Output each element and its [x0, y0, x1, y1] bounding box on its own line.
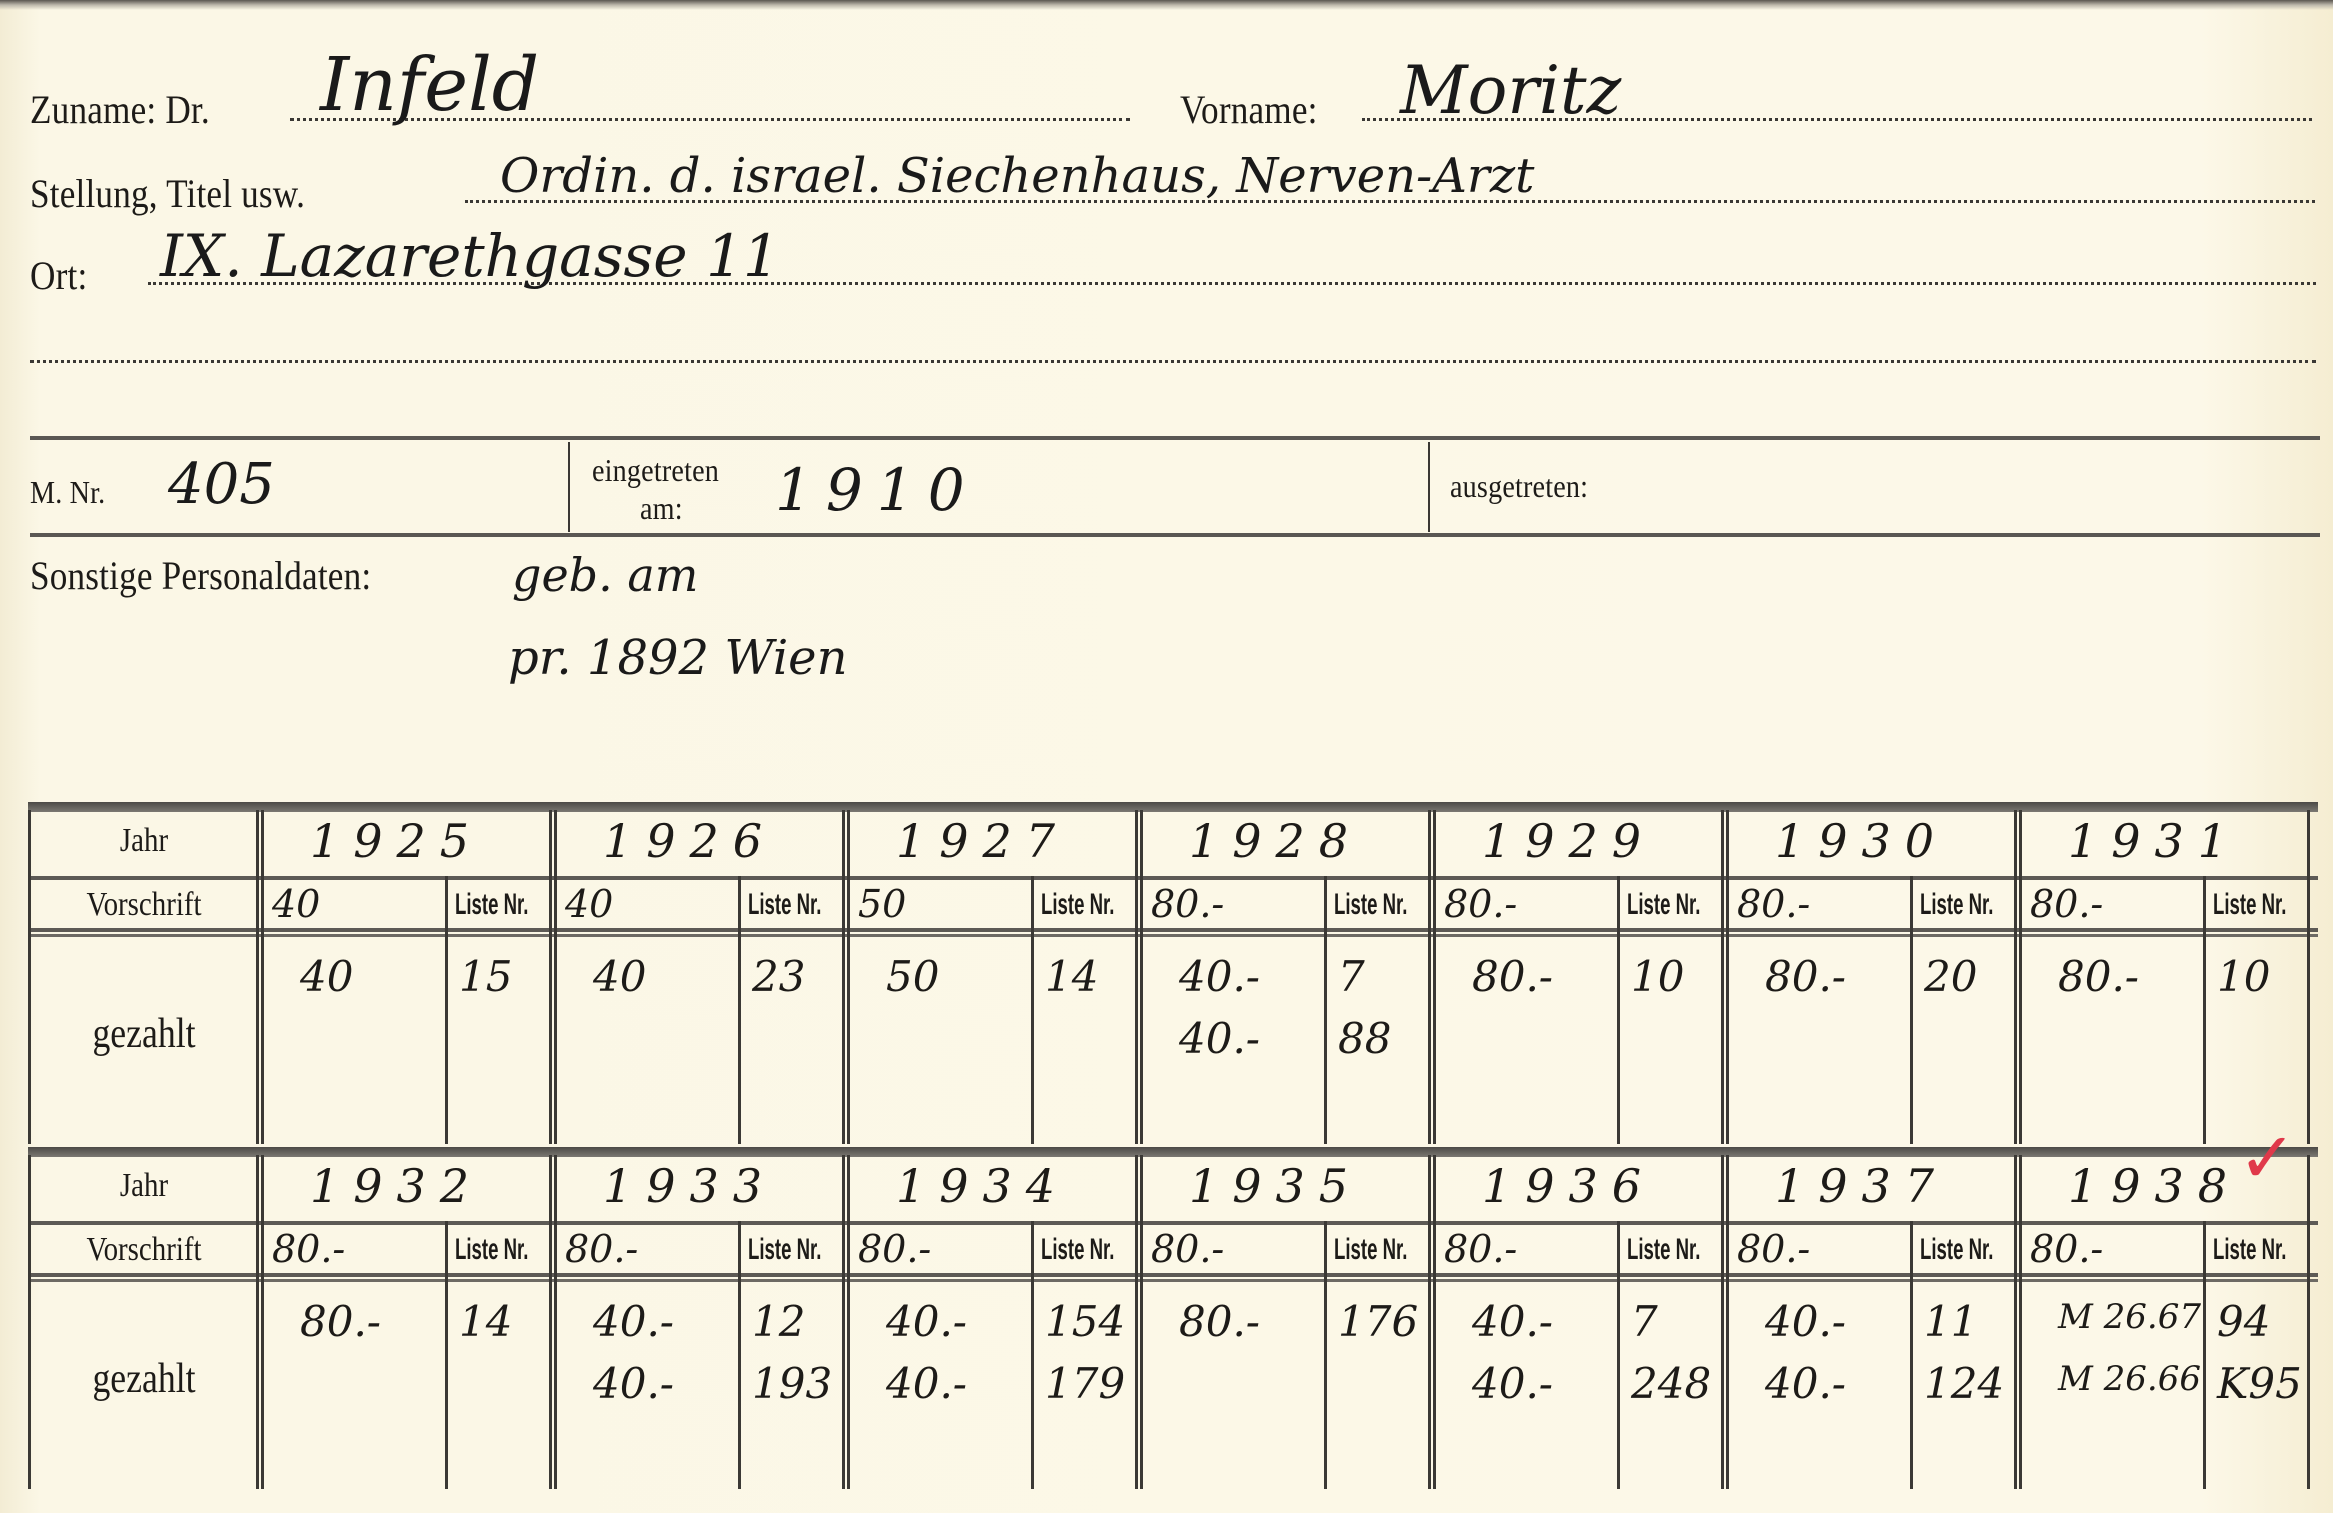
liste-nr-value: K95 — [2217, 1359, 2302, 1408]
vorschrift-label: Vorschrift — [45, 886, 242, 924]
year-divider — [1428, 1155, 1436, 1489]
year-1925: 1925 — [310, 814, 483, 868]
liste-nr-value: 124 — [1924, 1359, 2004, 1408]
divider — [568, 442, 570, 532]
eingetreten-value: 1910 — [775, 456, 979, 524]
vorschrift-value: 80.- — [858, 1227, 931, 1271]
liste-nr-value: 248 — [1631, 1359, 1711, 1408]
liste-nr-label: Liste Nr. — [1627, 1233, 1700, 1267]
liste-nr-label: Liste Nr. — [748, 888, 821, 922]
row-rule — [28, 1221, 2318, 1225]
eingetreten-label: eingetreten — [592, 452, 719, 489]
gezahlt-value: M 26.67 — [2058, 1297, 2201, 1337]
subcell-divider — [2203, 876, 2206, 1144]
checkmark-icon: ✓ — [2238, 1117, 2297, 1199]
gezahlt-value: 40.- — [1765, 1359, 1846, 1408]
year-divider — [1135, 1155, 1143, 1489]
liste-nr-value: 15 — [459, 952, 512, 1001]
vorschrift-value: 50 — [858, 882, 906, 926]
liste-nr-value: 14 — [1045, 952, 1098, 1001]
row-rule — [28, 1279, 2318, 1282]
subcell-divider — [1324, 876, 1327, 1144]
gezahlt-value: 50 — [886, 952, 939, 1001]
year-divider — [549, 810, 557, 1144]
liste-nr-label: Liste Nr. — [2213, 1233, 2286, 1267]
vorschrift-value: 80.- — [1151, 882, 1224, 926]
vorschrift-value: 80.- — [1444, 1227, 1517, 1271]
personal-line-2: pr. 1892 Wien — [508, 630, 848, 686]
liste-nr-label: Liste Nr. — [455, 888, 528, 922]
table-right-border — [2307, 1155, 2310, 1489]
year-divider — [1721, 810, 1729, 1144]
vorschrift-value: 80.- — [1737, 882, 1810, 926]
subcell-divider — [738, 876, 741, 1144]
table-block-2: JahrVorschriftgezahlt193280.-Liste Nr.80… — [28, 1147, 2318, 1492]
jahr-label: Jahr — [45, 1167, 242, 1205]
personal-label: Sonstige Personaldaten: — [30, 552, 371, 599]
gezahlt-value: 40.- — [1472, 1297, 1553, 1346]
gezahlt-value: 80.- — [1179, 1297, 1260, 1346]
extra-line — [30, 360, 2316, 363]
year-1927: 1927 — [896, 814, 1069, 868]
year-1926: 1926 — [603, 814, 776, 868]
gezahlt-value: 40.- — [593, 1359, 674, 1408]
subcell-divider — [1617, 876, 1620, 1144]
subcell-divider — [1324, 1221, 1327, 1489]
ort-label: Ort: — [30, 252, 87, 299]
year-1932: 1932 — [310, 1159, 483, 1213]
liste-nr-label: Liste Nr. — [455, 1233, 528, 1267]
gezahlt-value: 40.- — [886, 1359, 967, 1408]
liste-nr-label: Liste Nr. — [1920, 1233, 1993, 1267]
vorschrift-value: 80.- — [565, 1227, 638, 1271]
contribution-table: JahrVorschriftgezahlt192540Liste Nr.4015… — [28, 802, 2318, 1492]
year-1935: 1935 — [1189, 1159, 1362, 1213]
liste-nr-value: 154 — [1045, 1297, 1125, 1346]
vorschrift-value: 80.- — [2030, 882, 2103, 926]
gezahlt-value: 80.- — [300, 1297, 381, 1346]
liste-nr-label: Liste Nr. — [1041, 888, 1114, 922]
ort-value: IX. Lazarethgasse 11 — [160, 222, 780, 290]
subcell-divider — [1910, 1221, 1913, 1489]
year-divider — [842, 1155, 850, 1489]
liste-nr-value: 176 — [1338, 1297, 1418, 1346]
gezahlt-value: 40 — [300, 952, 353, 1001]
eingetreten-am-label: am: — [640, 490, 683, 527]
zuname-value: Infeld — [320, 42, 539, 128]
subcell-divider — [2203, 1221, 2206, 1489]
year-divider — [256, 1155, 264, 1489]
vorschrift-label: Vorschrift — [45, 1231, 242, 1269]
year-1928: 1928 — [1189, 814, 1362, 868]
liste-nr-value: 88 — [1338, 1014, 1391, 1063]
liste-nr-label: Liste Nr. — [1334, 1233, 1407, 1267]
subcell-divider — [445, 1221, 448, 1489]
thick-rule — [28, 1147, 2318, 1157]
year-divider — [1721, 1155, 1729, 1489]
year-1929: 1929 — [1482, 814, 1655, 868]
gezahlt-value: 40.- — [593, 1297, 674, 1346]
year-1937: 1937 — [1775, 1159, 1948, 1213]
stellung-value: Ordin. d. israel. Siechenhaus, Nerven-Ar… — [500, 148, 1534, 204]
vorschrift-value: 80.- — [1444, 882, 1517, 926]
liste-nr-label: Liste Nr. — [1627, 888, 1700, 922]
row-rule — [28, 876, 2318, 880]
year-divider — [549, 1155, 557, 1489]
year-1930: 1930 — [1775, 814, 1948, 868]
liste-nr-value: 7 — [1338, 952, 1365, 1001]
liste-nr-value: 94 — [2217, 1297, 2270, 1346]
liste-nr-value: 23 — [752, 952, 805, 1001]
thick-rule — [28, 802, 2318, 812]
liste-nr-value: 12 — [752, 1297, 805, 1346]
liste-nr-label: Liste Nr. — [2213, 888, 2286, 922]
row-rule — [28, 928, 2318, 932]
liste-nr-value: 11 — [1924, 1297, 1977, 1346]
liste-nr-value: 179 — [1045, 1359, 1125, 1408]
gezahlt-value: 80.- — [1765, 952, 1846, 1001]
subcell-divider — [1910, 876, 1913, 1144]
vorname-label: Vorname: — [1180, 86, 1318, 133]
year-1936: 1936 — [1482, 1159, 1655, 1213]
year-1938: 1938 — [2068, 1159, 2241, 1213]
personal-line-1: geb. am — [512, 548, 698, 602]
table-left-border — [28, 810, 31, 1144]
gezahlt-value: 80.- — [1472, 952, 1553, 1001]
subcell-divider — [1031, 876, 1034, 1144]
vorname-value: Moritz — [1400, 52, 1621, 129]
year-divider — [256, 810, 264, 1144]
year-1934: 1934 — [896, 1159, 1069, 1213]
gezahlt-value: 40.- — [1472, 1359, 1553, 1408]
gezahlt-value: 40.- — [1179, 952, 1260, 1001]
vorschrift-value: 40 — [565, 882, 613, 926]
year-divider — [1428, 810, 1436, 1144]
gezahlt-value: 40.- — [1179, 1014, 1260, 1063]
zuname-label: Zuname: Dr. — [30, 86, 210, 133]
liste-nr-value: 193 — [752, 1359, 832, 1408]
year-divider — [2014, 810, 2022, 1144]
membership-top-rule — [30, 436, 2320, 440]
table-block-1: JahrVorschriftgezahlt192540Liste Nr.4015… — [28, 802, 2318, 1147]
year-1933: 1933 — [603, 1159, 776, 1213]
year-divider — [2014, 1155, 2022, 1489]
year-1931: 1931 — [2068, 814, 2241, 868]
liste-nr-value: 14 — [459, 1297, 512, 1346]
liste-nr-value: 10 — [1631, 952, 1684, 1001]
subcell-divider — [445, 876, 448, 1144]
liste-nr-label: Liste Nr. — [748, 1233, 821, 1267]
gezahlt-label: gezahlt — [45, 1010, 242, 1058]
year-divider — [842, 810, 850, 1144]
membership-bottom-rule — [30, 533, 2320, 537]
vorschrift-value: 80.- — [272, 1227, 345, 1271]
mnr-value: 405 — [168, 452, 275, 517]
subcell-divider — [738, 1221, 741, 1489]
year-divider — [1135, 810, 1143, 1144]
gezahlt-value: 80.- — [2058, 952, 2139, 1001]
vorschrift-value: 40 — [272, 882, 320, 926]
divider — [1428, 442, 1430, 532]
gezahlt-value: 40.- — [886, 1297, 967, 1346]
subcell-divider — [1031, 1221, 1034, 1489]
card-top-edge — [0, 0, 2333, 10]
member-index-card: Zuname: Dr. Infeld Vorname: Moritz Stell… — [0, 0, 2333, 1513]
vorschrift-value: 80.- — [1151, 1227, 1224, 1271]
liste-nr-label: Liste Nr. — [1041, 1233, 1114, 1267]
liste-nr-value: 7 — [1631, 1297, 1658, 1346]
row-rule — [28, 934, 2318, 937]
liste-nr-label: Liste Nr. — [1334, 888, 1407, 922]
gezahlt-value: 40.- — [1765, 1297, 1846, 1346]
vorschrift-value: 80.- — [2030, 1227, 2103, 1271]
liste-nr-value: 20 — [1924, 952, 1977, 1001]
ausgetreten-label: ausgetreten: — [1450, 468, 1588, 505]
liste-nr-label: Liste Nr. — [1920, 888, 1993, 922]
jahr-label: Jahr — [45, 822, 242, 860]
vorschrift-value: 80.- — [1737, 1227, 1810, 1271]
gezahlt-value: M 26.66 — [2058, 1359, 2201, 1399]
liste-nr-value: 10 — [2217, 952, 2270, 1001]
subcell-divider — [1617, 1221, 1620, 1489]
row-rule — [28, 1273, 2318, 1277]
gezahlt-label: gezahlt — [45, 1355, 242, 1403]
table-right-border — [2307, 810, 2310, 1144]
table-left-border — [28, 1155, 31, 1489]
stellung-label: Stellung, Titel usw. — [30, 170, 305, 217]
gezahlt-value: 40 — [593, 952, 646, 1001]
mnr-label: M. Nr. — [30, 474, 105, 511]
